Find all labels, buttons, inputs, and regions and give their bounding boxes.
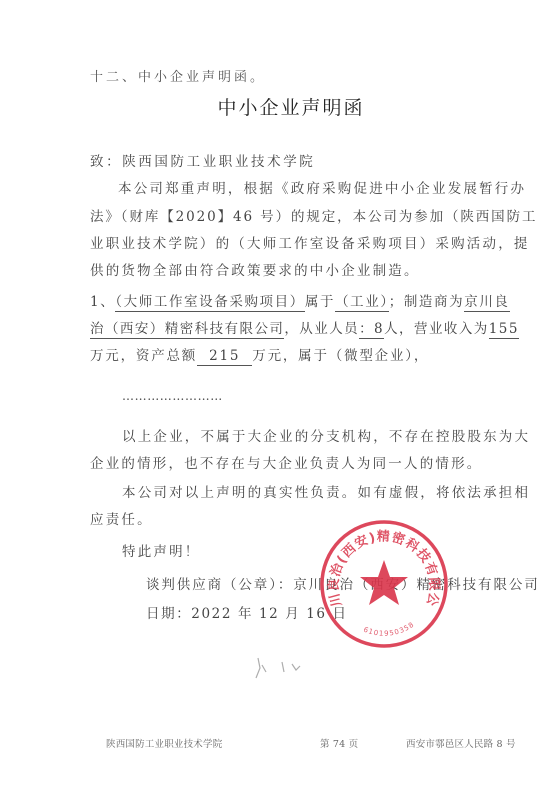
footer-page-number: 第 74 页 xyxy=(320,736,358,750)
recipient-line: 致：陕西国防工业职业技术学院 xyxy=(90,150,315,170)
manufacturer-label: ；制造商为 xyxy=(389,294,465,310)
footer-institution: 陕西国防工业职业技术学院 xyxy=(106,736,222,750)
manufacturer-name-part-2: 治（西安）精密科技有限公司 xyxy=(90,321,284,339)
ellipsis: …………………… xyxy=(122,389,223,403)
project-name: （大师工作室设备采购项目） xyxy=(115,294,305,312)
assets-value: 215 xyxy=(197,348,252,366)
paragraph-2-line-2: 企业的情形，也不存在与大企业负责人为同一人的情形。 xyxy=(90,452,483,472)
item-1-line-2: 治（西安）精密科技有限公司，从业人员：8人，营业收入为155 xyxy=(90,317,519,337)
manufacturer-name-part-1: 京川良 xyxy=(464,294,509,312)
paragraph-2-line-1: 以上企业，不属于大企业的分支机构，不存在控股股东为大 xyxy=(122,425,530,445)
employees-unit: 人，营业收入为 xyxy=(384,321,489,337)
employees-label: ，从业人员 xyxy=(284,321,359,337)
paragraph-3-line-2: 应责任。 xyxy=(90,508,153,528)
company-seal-stamp: 京川良治(西安)精密科技有限公司 6101950358 xyxy=(316,516,452,652)
paragraph-1-line-4: 供的货物全部由符合政策要求的中小企业制造。 xyxy=(90,259,420,279)
assets-unit: 万元，属于（微型企业）， xyxy=(252,348,429,364)
item-prefix: 1、 xyxy=(90,294,115,310)
document-title: 中小企业声明函 xyxy=(0,93,554,120)
industry-value: （工业） xyxy=(335,294,389,312)
employees-value: ：8 xyxy=(359,321,384,339)
paragraph-1-line-3: 业职业技术学院）的（大师工作室设备采购项目）采购活动，提 xyxy=(90,232,530,252)
belongs-label: 属于 xyxy=(305,294,335,310)
revenue-unit: 万元，资产总额 xyxy=(90,348,197,364)
paragraph-3-line-1: 本公司对以上声明的真实性负责。如有虚假，将依法承担相 xyxy=(122,481,530,501)
revenue-value: 155 xyxy=(489,321,519,339)
closing-statement: 特此声明！ xyxy=(122,540,201,560)
item-1-line-1: 1、（大师工作室设备采购项目）属于（工业）；制造商为京川良 xyxy=(90,290,510,310)
paragraph-1-line-1: 本公司郑重声明，根据《政府采购促进中小企业发展暂行办 xyxy=(118,177,526,197)
svg-text:6101950358: 6101950358 xyxy=(362,620,416,637)
section-heading: 十二、中小企业声明函。 xyxy=(90,66,266,85)
star-icon xyxy=(360,560,408,605)
footer-address: 西安市鄠邑区人民路 8 号 xyxy=(406,736,516,750)
paragraph-1-line-2: 法》（财库【2020】46 号）的规定，本公司为参加（陕西国防工 xyxy=(90,205,537,225)
signature-scribble xyxy=(230,650,330,685)
item-1-line-3: 万元，资产总额215万元，属于（微型企业）， xyxy=(90,344,429,364)
